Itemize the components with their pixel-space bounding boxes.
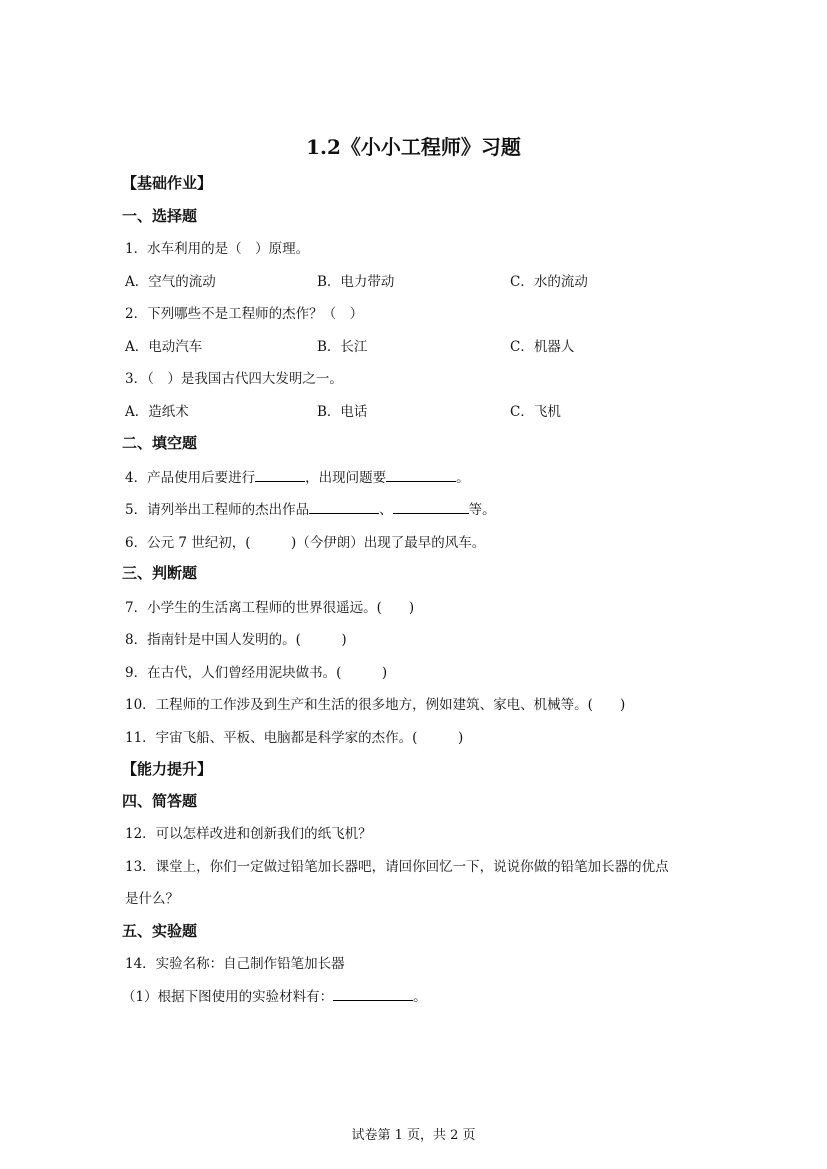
q1-option-a: A．空气的流动 xyxy=(125,270,216,290)
q14-1-text-pre: （1）根据下图使用的实验材料有： xyxy=(122,989,333,1005)
section-experiment-heading: 五、实验题 xyxy=(122,920,197,941)
page-title: 1.2《小小工程师》习题 xyxy=(0,131,827,160)
q5-text-post: 等。 xyxy=(469,502,496,518)
part-basic-heading: 【基础作业】 xyxy=(122,172,212,193)
question-14-1: （1）根据下图使用的实验材料有：。 xyxy=(122,985,427,1005)
question-1: 1．水车利用的是（ ）原理。 xyxy=(125,237,309,257)
question-5: 5．请列举出工程师的杰出作品、等。 xyxy=(125,498,496,518)
q5-blank-1[interactable] xyxy=(309,499,379,514)
q4-text-pre: 4．产品使用后要进行 xyxy=(125,470,255,486)
question-2: 2．下列哪些不是工程师的杰作？（ ） xyxy=(125,302,363,322)
q5-text-pre: 5．请列举出工程师的杰出作品 xyxy=(125,502,309,518)
question-9: 9．在古代，人们曾经用泥块做书。( ) xyxy=(125,661,387,681)
q3-option-b: B．电话 xyxy=(317,400,367,420)
section-fill-heading: 二、填空题 xyxy=(122,432,197,453)
question-7: 7．小学生的生活离工程师的世界很遥远。( ) xyxy=(125,596,414,616)
q3-option-c: C．飞机 xyxy=(510,400,561,420)
q4-text-post: 。 xyxy=(456,470,470,486)
q1-option-b: B．电力带动 xyxy=(317,270,394,290)
page-footer: 试卷第 1 页，共 2 页 xyxy=(0,1124,827,1143)
q5-blank-2[interactable] xyxy=(393,499,469,514)
q1-option-c: C．水的流动 xyxy=(510,270,588,290)
question-12: 12．可以怎样改进和创新我们的纸飞机？ xyxy=(125,822,372,842)
q2-option-a: A．电动汽车 xyxy=(125,335,202,355)
question-4: 4．产品使用后要进行，出现问题要。 xyxy=(125,466,470,486)
question-8: 8．指南针是中国人发明的。( ) xyxy=(125,628,347,648)
q4-blank-1[interactable] xyxy=(255,467,305,482)
q14-1-text-post: 。 xyxy=(413,989,427,1005)
q5-text-mid: 、 xyxy=(379,502,393,518)
part-advanced-heading: 【能力提升】 xyxy=(122,758,212,779)
question-13: 13．课堂上，你们一定做过铅笔加长器吧，请回你回忆一下，说说你做的铅笔加长器的优… xyxy=(125,855,669,875)
section-short-answer-heading: 四、简答题 xyxy=(122,790,197,811)
question-3: 3．（ ）是我国古代四大发明之一。 xyxy=(125,367,343,387)
q4-blank-2[interactable] xyxy=(386,467,456,482)
question-10: 10．工程师的工作涉及到生产和生活的很多地方，例如建筑、家电、机械等。( ) xyxy=(125,693,625,713)
question-14: 14．实验名称：自己制作铅笔加长器 xyxy=(125,952,345,972)
question-13-cont: 是什么？ xyxy=(125,887,179,907)
question-6: 6．公元 7 世纪初，( )（今伊朗）出现了最早的风车。 xyxy=(125,531,485,551)
q2-option-c: C．机器人 xyxy=(510,335,574,355)
question-11: 11．宇宙飞船、平板、电脑都是科学家的杰作。( ) xyxy=(125,726,463,746)
q3-option-a: A．造纸术 xyxy=(125,400,189,420)
q4-text-mid: ，出现问题要 xyxy=(305,470,386,486)
q2-option-b: B．长江 xyxy=(317,335,367,355)
q14-1-blank[interactable] xyxy=(333,986,413,1001)
section-judge-heading: 三、判断题 xyxy=(122,562,197,583)
section-choice-heading: 一、选择题 xyxy=(122,205,197,226)
